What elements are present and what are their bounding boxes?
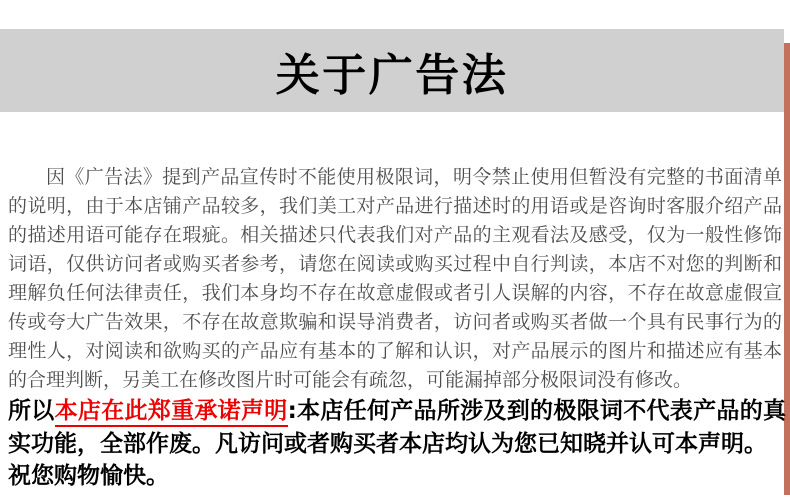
statement-closing: 祝您购物愉快。 [8,460,786,493]
statement-highlight: 本店在此郑重承诺声明 [55,398,288,427]
disclaimer-paragraph: 因《广告法》提到产品宣传时不能使用极限词，明令禁止使用但暂没有完整的书面清单的说… [8,163,782,395]
advertising-law-notice-page: 关于广告法 因《广告法》提到产品宣传时不能使用极限词，明令禁止使用但暂没有完整的… [0,0,790,499]
statement-prefix: 所以 [8,398,55,424]
statement-block: 所以本店在此郑重承诺声明:本店任何产品所涉及到的极限词不代表产品的真实功能，全部… [8,395,786,493]
header-banner: 关于广告法 [0,29,784,112]
page-title: 关于广告法 [276,39,509,103]
